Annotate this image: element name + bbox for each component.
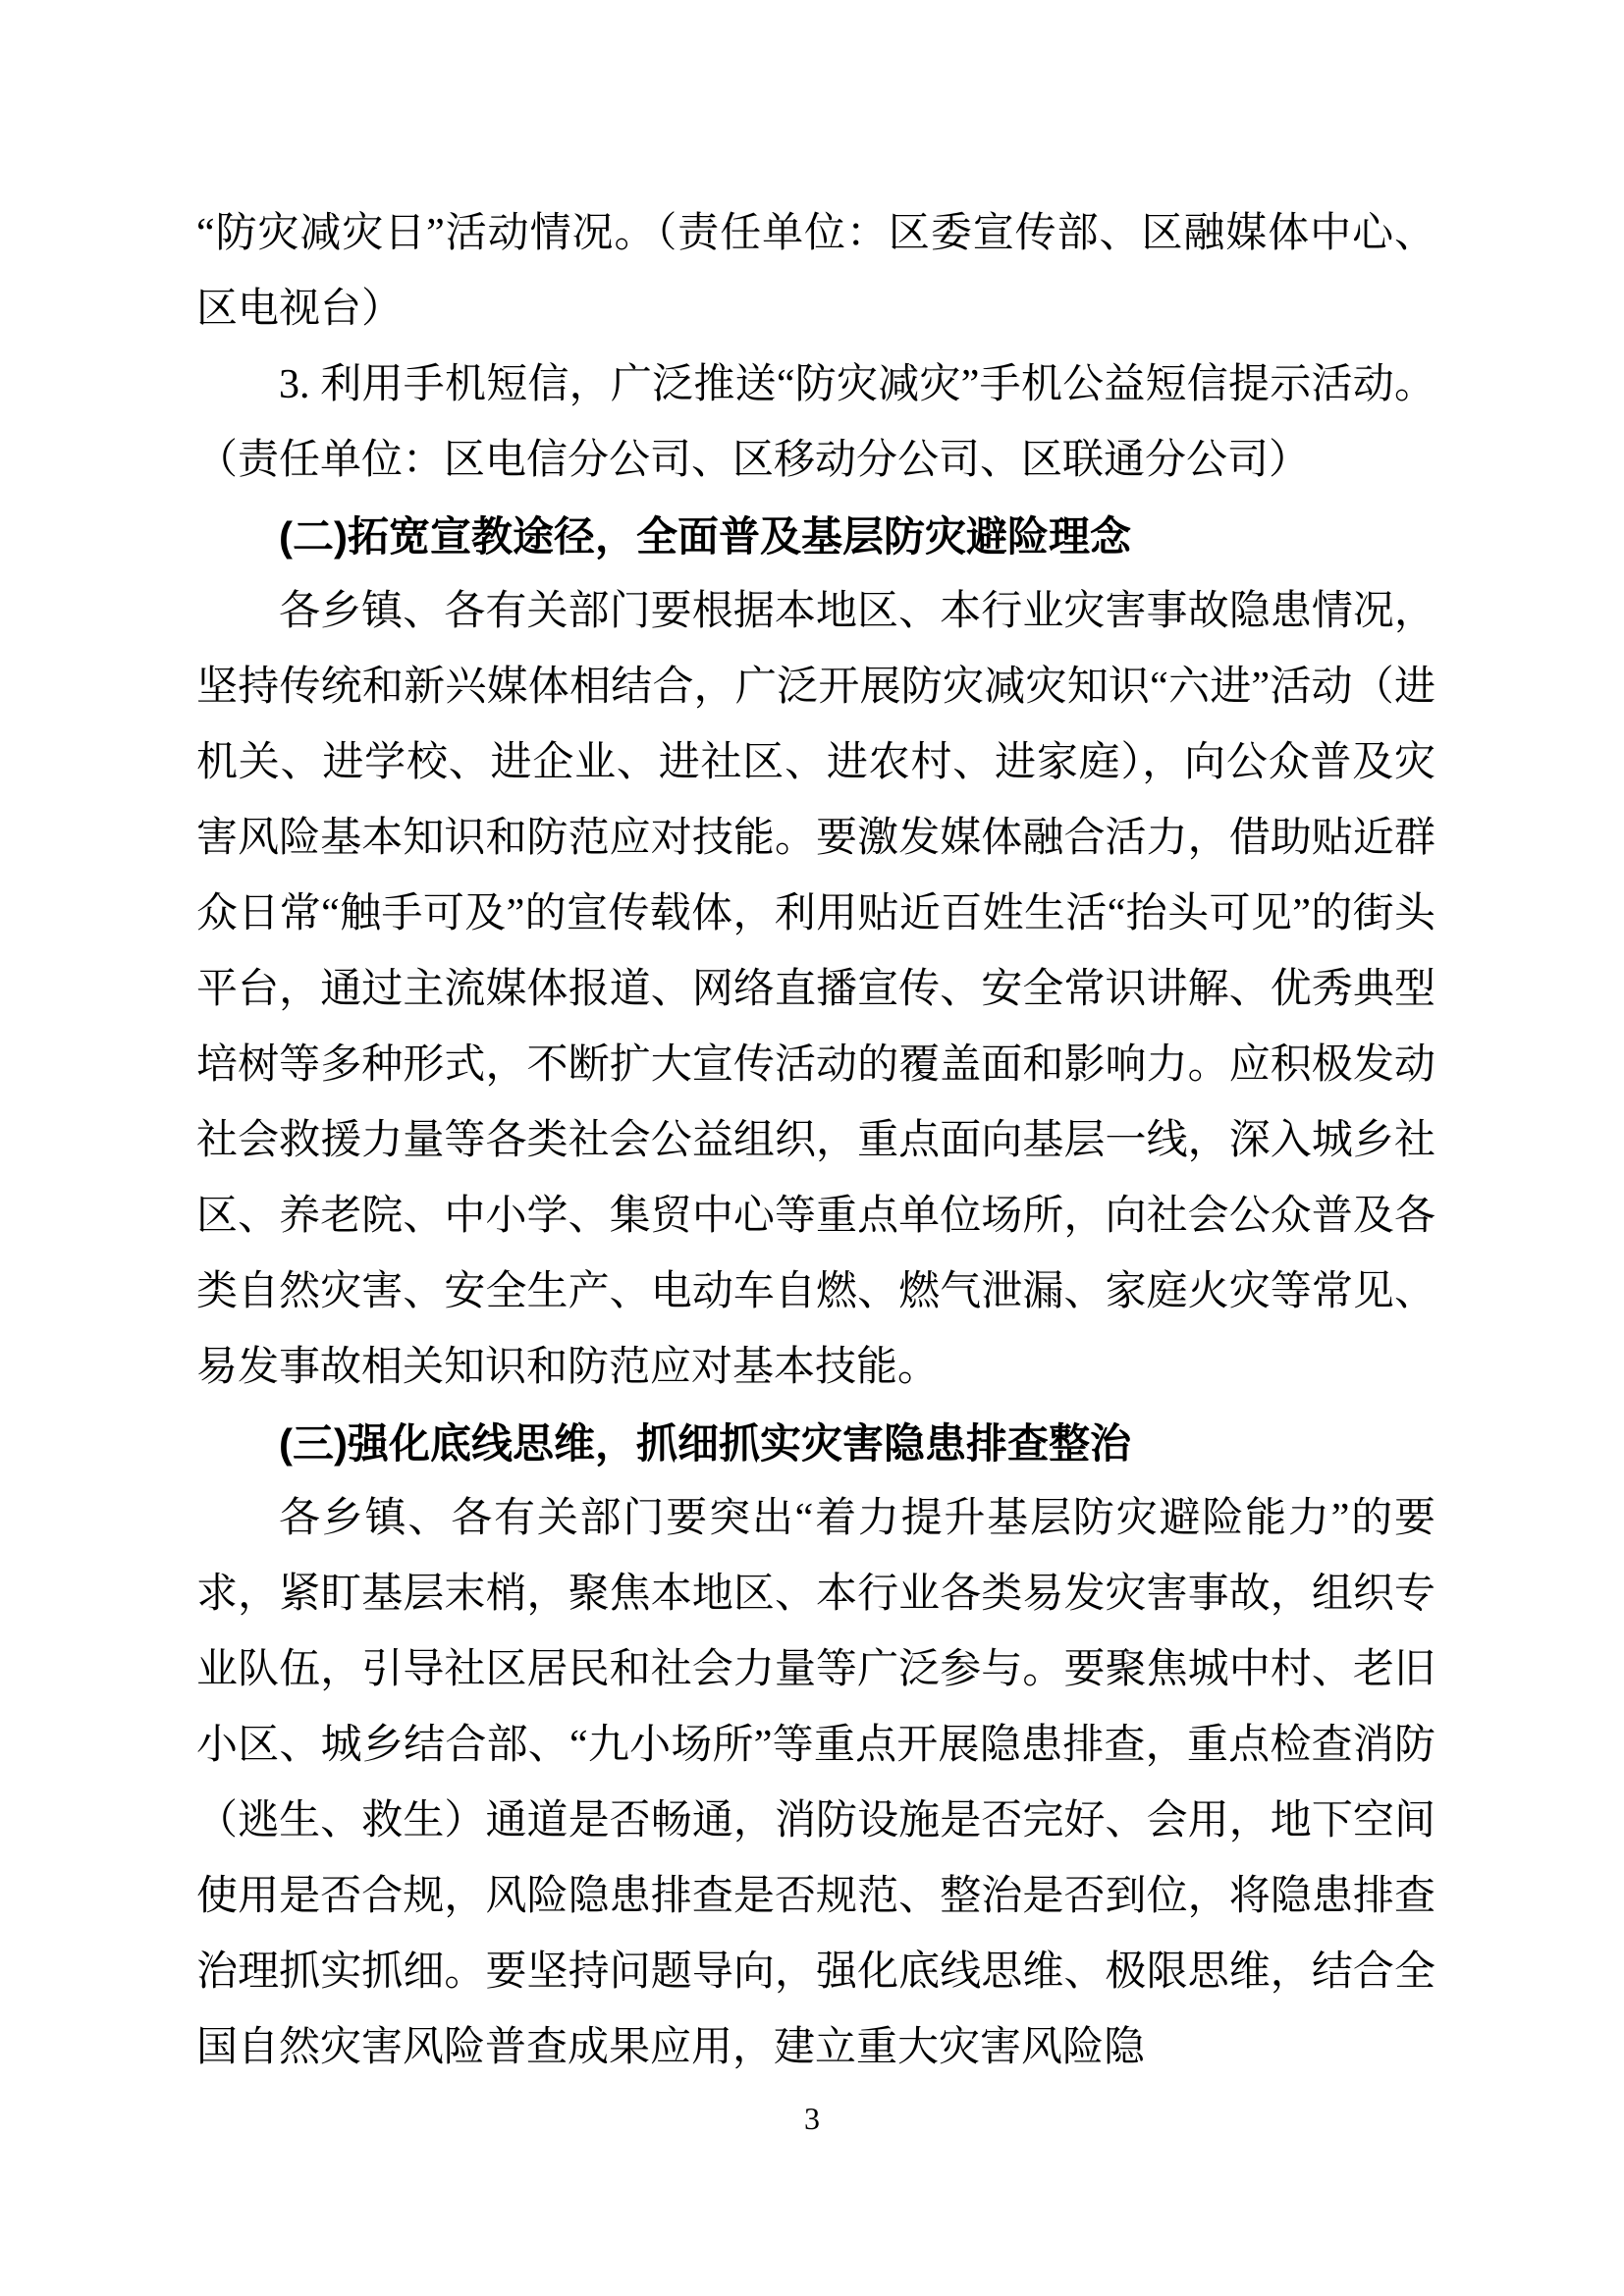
document-body: “防灾减灾日”活动情况。（责任单位：区委宣传部、区融媒体中心、区电视台） 3. …	[196, 196, 1435, 2086]
page-number: 3	[0, 2099, 1624, 2138]
section-heading-3: (三)强化底线思维，抓细抓实灾害隐患排查整治	[196, 1406, 1435, 1481]
section-heading-2: (二)拓宽宣教途径，全面普及基层防灾避险理念	[196, 499, 1435, 574]
paragraph-section-2-body: 各乡镇、各有关部门要根据本地区、本行业灾害事故隐患情况，坚持传统和新兴媒体相结合…	[196, 574, 1435, 1406]
paragraph-continuation: “防灾减灾日”活动情况。（责任单位：区委宣传部、区融媒体中心、区电视台）	[196, 196, 1435, 347]
document-page: “防灾减灾日”活动情况。（责任单位：区委宣传部、区融媒体中心、区电视台） 3. …	[0, 0, 1624, 2296]
paragraph-item-3: 3. 利用手机短信，广泛推送“防灾减灾”手机公益短信提示活动。（责任单位：区电信…	[196, 347, 1435, 499]
paragraph-section-3-body: 各乡镇、各有关部门要突出“着力提升基层防灾避险能力”的要求，紧盯基层末梢，聚焦本…	[196, 1481, 1435, 2086]
